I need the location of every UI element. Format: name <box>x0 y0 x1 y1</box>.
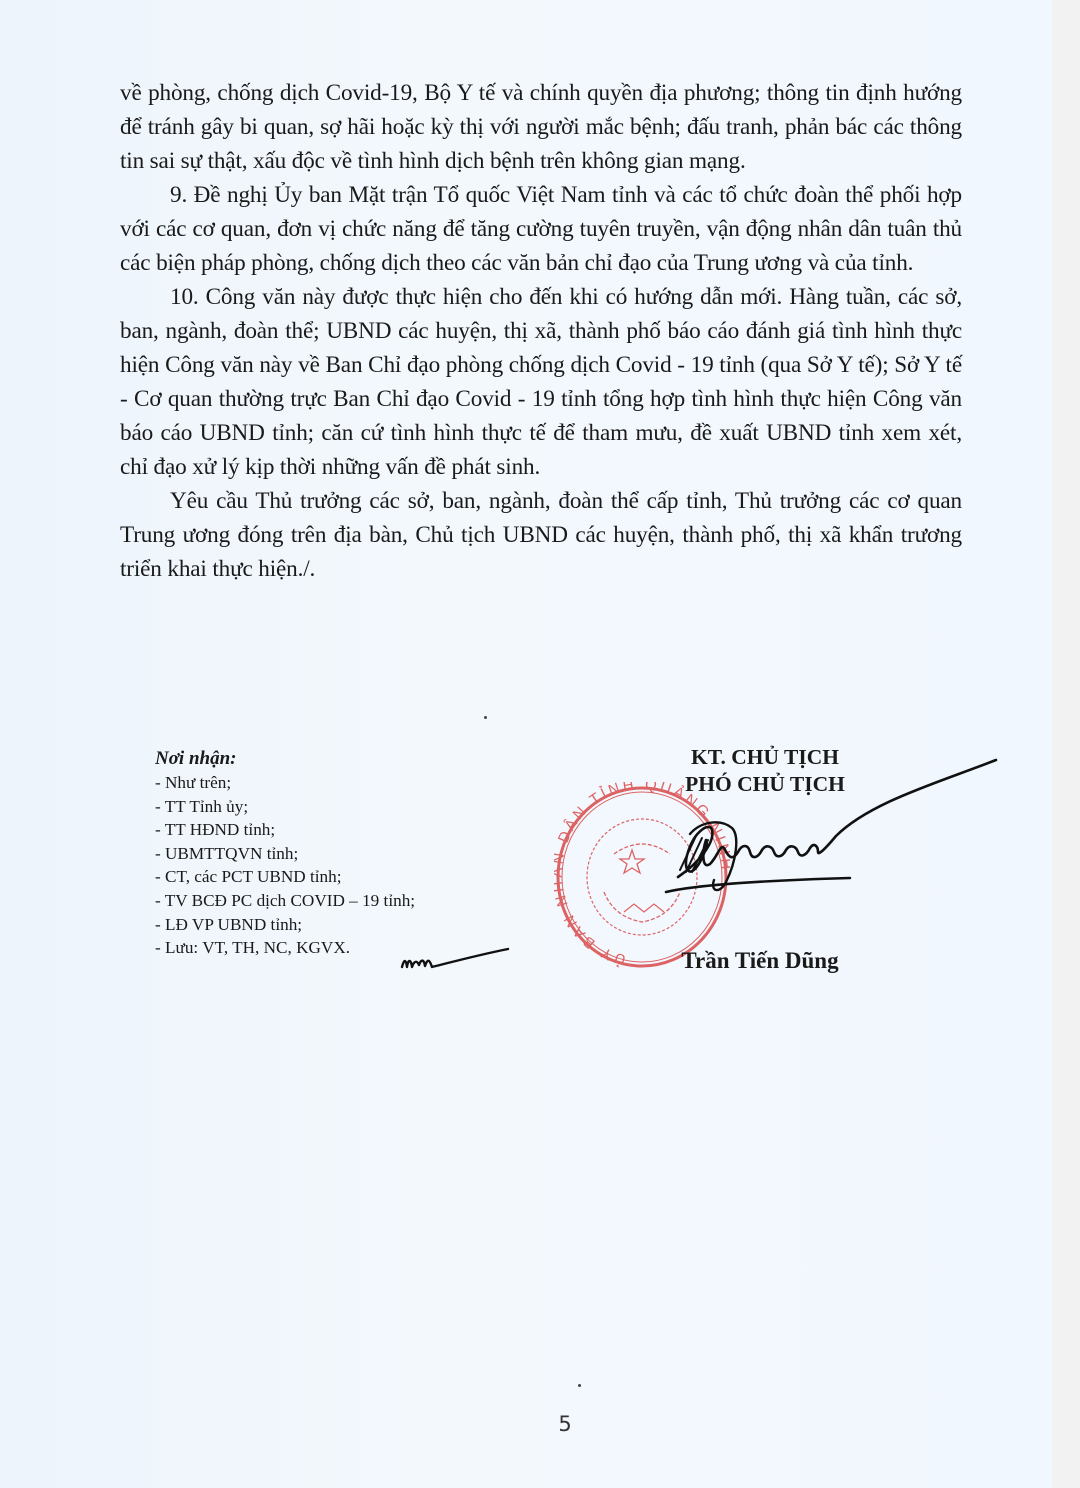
paragraph-continuation: về phòng, chống dịch Covid-19, Bộ Y tế v… <box>120 76 962 178</box>
signer-name: Trần Tiến Dũng <box>660 946 860 976</box>
initials-mark-icon <box>398 945 510 973</box>
scan-speck <box>578 1384 581 1387</box>
recipients-title: Nơi nhận: <box>155 748 515 770</box>
document-page: về phòng, chống dịch Covid-19, Bộ Y tế v… <box>0 0 1052 1488</box>
recipient-item: - Như trên; <box>155 771 515 795</box>
recipient-item: - LĐ VP UBND tỉnh; <box>155 913 515 937</box>
recipient-item: - TV BCĐ PC dịch COVID – 19 tỉnh; <box>155 889 515 913</box>
recipient-item: - TT Tỉnh ủy; <box>155 795 515 819</box>
body-text: về phòng, chống dịch Covid-19, Bộ Y tế v… <box>120 76 962 586</box>
recipient-item: - UBMTTQVN tỉnh; <box>155 842 515 866</box>
paragraph-request: Yêu cầu Thủ trưởng các sở, ban, ngành, đ… <box>120 484 962 586</box>
recipient-item: - CT, các PCT UBND tỉnh; <box>155 865 515 889</box>
recipients-list: - Như trên; - TT Tỉnh ủy; - TT HĐND tỉnh… <box>155 771 515 960</box>
page-number: 5 <box>540 1412 590 1436</box>
paragraph-item-9: 9. Đề nghị Ủy ban Mặt trận Tổ quốc Việt … <box>120 178 962 280</box>
handwritten-signature-icon <box>640 752 1000 932</box>
recipients-block: Nơi nhận: - Như trên; - TT Tỉnh ủy; - TT… <box>155 748 515 960</box>
scan-speck <box>484 716 487 719</box>
recipient-item: - TT HĐND tỉnh; <box>155 818 515 842</box>
paragraph-item-10: 10. Công văn này được thực hiện cho đến … <box>120 280 962 484</box>
